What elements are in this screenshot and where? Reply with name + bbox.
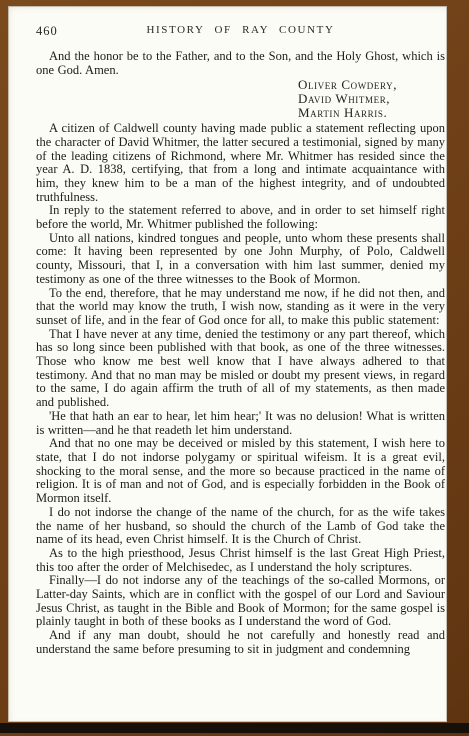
scanned-page-frame: 460 HISTORY OF RAY COUNTY And the honor … bbox=[0, 0, 469, 736]
running-title: HISTORY OF RAY COUNTY bbox=[36, 24, 445, 36]
signature-block: Oliver Cowdery, David Whitmer, Martin Ha… bbox=[298, 78, 445, 120]
signature-martin-harris: Martin Harris. bbox=[298, 106, 445, 120]
scan-bottom-shadow bbox=[0, 723, 469, 733]
page-number: 460 bbox=[36, 24, 58, 39]
signature-david-whitmer: David Whitmer, bbox=[298, 92, 445, 106]
paragraph-doxology: And the honor be to the Father, and to t… bbox=[36, 50, 445, 77]
page-header: 460 HISTORY OF RAY COUNTY bbox=[36, 24, 445, 41]
paragraph-church-name: I do not indorse the change of the name … bbox=[36, 506, 445, 547]
paragraph-high-priesthood: As to the high priesthood, Jesus Christ … bbox=[36, 547, 445, 574]
book-page: 460 HISTORY OF RAY COUNTY And the honor … bbox=[8, 6, 447, 722]
paragraph-ear-to-hear: 'He that hath an ear to hear, let him he… bbox=[36, 410, 445, 437]
paragraph-proclamation-open: Unto all nations, kindred tongues and pe… bbox=[36, 232, 445, 287]
signature-oliver-cowdery: Oliver Cowdery, bbox=[298, 78, 445, 92]
paragraph-to-the-end: To the end, therefore, that he may under… bbox=[36, 287, 445, 328]
paragraph-reply-intro: In reply to the statement referred to ab… bbox=[36, 204, 445, 231]
paragraph-any-man-doubt: And if any man doubt, should he not care… bbox=[36, 629, 445, 656]
paragraph-finally: Finally—I do not indorse any of the teac… bbox=[36, 574, 445, 629]
paragraph-testimonial: A citizen of Caldwell county having made… bbox=[36, 122, 445, 204]
paragraph-polygamy: And that no one may be deceived or misle… bbox=[36, 437, 445, 506]
paragraph-never-denied: That I have never at any time, denied th… bbox=[36, 328, 445, 410]
